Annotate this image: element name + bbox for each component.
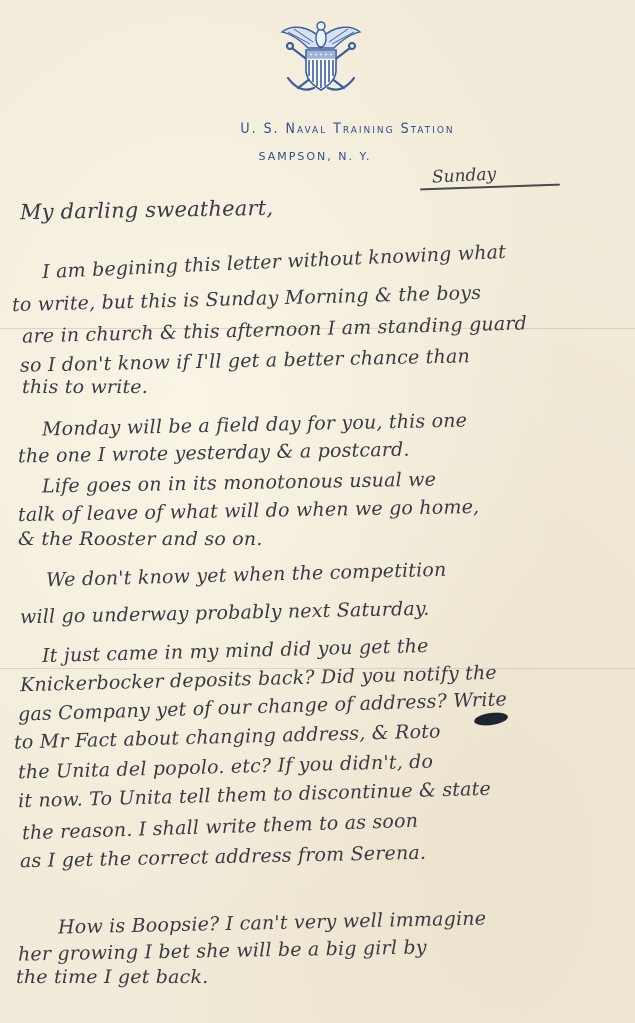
- letter-line: & the Rooster and so on.: [18, 530, 263, 549]
- letterhead-station-name: U. S. Naval Training Station: [225, 121, 470, 137]
- letterhead-location: SAMPSON, N. Y.: [245, 150, 385, 163]
- letter-date: Sunday: [432, 166, 497, 186]
- letter-salutation: My darling sweatheart,: [20, 198, 274, 223]
- letter-line: the time I get back.: [16, 968, 208, 987]
- letter-line: this to write.: [22, 378, 148, 397]
- navy-emblem-icon: [278, 18, 364, 96]
